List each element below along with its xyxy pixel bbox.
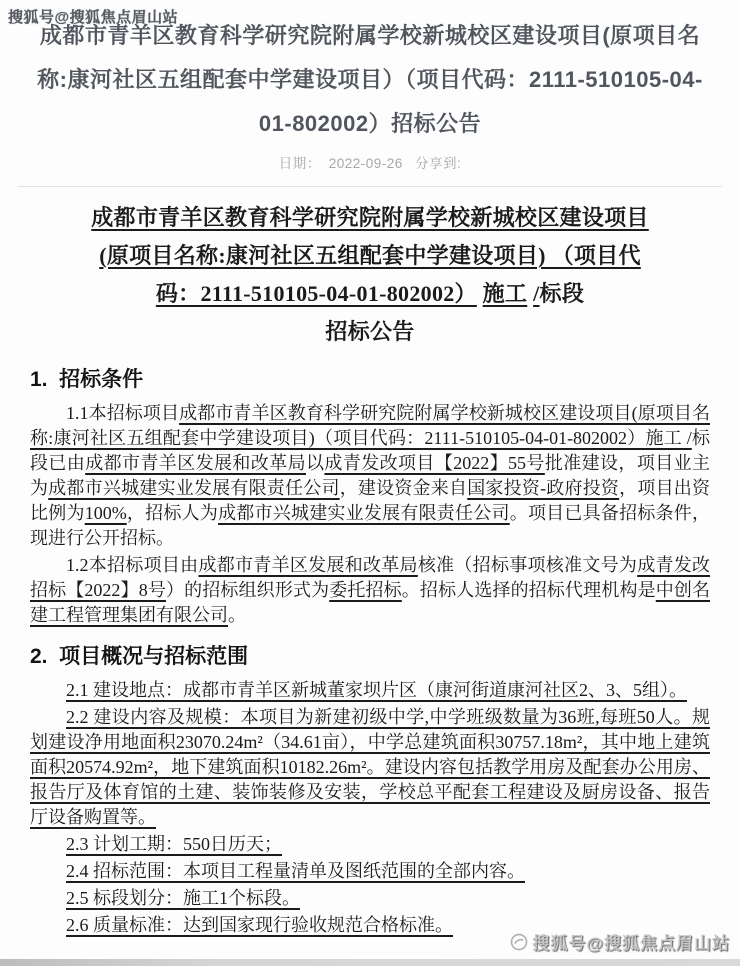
- doc-text: 标段: [540, 281, 585, 306]
- doc-paragraph: 2.5 标段划分：施工1个标段。: [30, 886, 710, 911]
- filled-field-text: 施工 /: [646, 428, 692, 448]
- filled-field-text: 2.1 建设地点：成都市青羊区新城董家坝片区（康河街道康河社区2、3、5组）。: [66, 680, 687, 700]
- doc-text: 。招标人选择的招标代理机构是: [402, 580, 656, 600]
- sohu-watermark-bottom-text: 搜狐号@搜狐焦点眉山站: [532, 929, 730, 954]
- doc-text: ，招标人为: [127, 503, 218, 523]
- doc-paragraph: 1.1本招标项目成都市青羊区教育科学研究院附属学校新城校区建设项目(原项目名称:…: [30, 401, 710, 551]
- doc-title-line: 招标公告: [30, 313, 710, 351]
- doc-text: 1.1本招标项目: [66, 403, 179, 423]
- share-label: 分享到:: [415, 156, 461, 171]
- filled-field-text: 国家投资-政府投资: [467, 478, 619, 498]
- doc-title: 成都市青羊区教育科学研究院附属学校新城校区建设项目(原项目名称:康河社区五组配套…: [30, 199, 710, 351]
- filled-field-text: 成都市青羊区教育科学研究院附属学校新城校区建设项目: [91, 205, 649, 230]
- doc-paragraph: 2.4 招标范围：本项目工程量清单及图纸范围的全部内容。: [30, 859, 710, 884]
- filled-field-text: 2.2 建设内容及规模：本项目为新建初级中学,中学班级数量为36班,每班50人。…: [30, 707, 710, 827]
- doc-title-line: 码：2111-510105-04-01-802002） 施工 /标段: [30, 275, 710, 313]
- sohu-focus-logo-icon: [509, 932, 529, 952]
- doc-paragraph: 2.1 建设地点：成都市青羊区新城董家坝片区（康河街道康河社区2、3、5组）。: [30, 678, 710, 703]
- doc-text: 以: [306, 453, 324, 473]
- bottom-edge-strip: [0, 959, 740, 966]
- date-label: 日期：: [279, 156, 321, 171]
- doc-title-line: (原项目名称:康河社区五组配套中学建设项目) （项目代: [30, 237, 710, 275]
- filled-field-text: 施工: [483, 281, 528, 306]
- filled-field-text: 成青发改项目【2022】55号: [324, 453, 544, 473]
- doc-text: ，建设资金来自: [340, 478, 468, 498]
- doc-title-line: 成都市青羊区教育科学研究院附属学校新城校区建设项目: [30, 199, 710, 237]
- filled-field-text: 成都市青羊区发展和改革局: [85, 453, 306, 473]
- doc-paragraph: 1.2本招标项目由成都市青羊区发展和改革局核准（招标事项核准文号为成青发改招标【…: [30, 553, 710, 628]
- date-value: 2022-09-26: [329, 156, 403, 171]
- filled-field-text: 成都市青羊区发展和改革局: [198, 555, 417, 575]
- filled-field-text: 2.4 招标范围：本项目工程量清单及图纸范围的全部内容。: [66, 861, 525, 881]
- filled-field-text: 成都市兴城建实业发展有限责任公司: [218, 503, 510, 523]
- doc-text: 1.2本招标项目由: [66, 555, 198, 575]
- doc-paragraph: 2.3 计划工期：550日历天；: [30, 832, 710, 857]
- sohu-watermark-top: 搜狐号@搜狐焦点眉山站: [8, 6, 178, 27]
- filled-field-text: 委托招标: [329, 580, 402, 600]
- doc-section-heading: 2. 项目概况与招标范围: [30, 642, 710, 672]
- filled-field-text: 2.6 质量标准：达到国家现行验收规范合格标准。: [66, 915, 453, 935]
- filled-field-text: 成都市兴城建实业发展有限责任公司: [48, 478, 339, 498]
- doc-body: 1. 招标条件1.1本招标项目成都市青羊区教育科学研究院附属学校新城校区建设项目…: [30, 365, 710, 938]
- doc-text: 核准（招标事项核准文号为: [418, 555, 637, 575]
- sohu-watermark-bottom: 搜狐号@搜狐焦点眉山站: [509, 929, 730, 954]
- date-share-row: 日期：2022-09-26 分享到:: [0, 152, 740, 172]
- doc-text: ）的招标组织形式为: [166, 580, 329, 600]
- doc-text: 。: [228, 605, 246, 625]
- filled-field-text: 2.3 计划工期：550日历天；: [66, 834, 282, 854]
- doc-paragraph: 2.2 建设内容及规模：本项目为新建初级中学,中学班级数量为36班,每班50人。…: [30, 705, 710, 830]
- filled-field-text: 码：2111-510105-04-01-802002）: [156, 281, 477, 306]
- filled-field-text: 2.5 标段划分：施工1个标段。: [66, 888, 300, 908]
- announcement-document: 成都市青羊区教育科学研究院附属学校新城校区建设项目(原项目名称:康河社区五组配套…: [0, 187, 740, 938]
- filled-field-text: 100%: [85, 503, 127, 523]
- page: { "watermarks": { "top": "搜狐号@搜狐焦点眉山站", …: [0, 0, 740, 966]
- doc-text: 招标公告: [325, 319, 414, 344]
- doc-section-heading: 1. 招标条件: [30, 365, 710, 395]
- filled-field-text: (原项目名称:康河社区五组配套中学建设项目) （项目代: [99, 243, 641, 268]
